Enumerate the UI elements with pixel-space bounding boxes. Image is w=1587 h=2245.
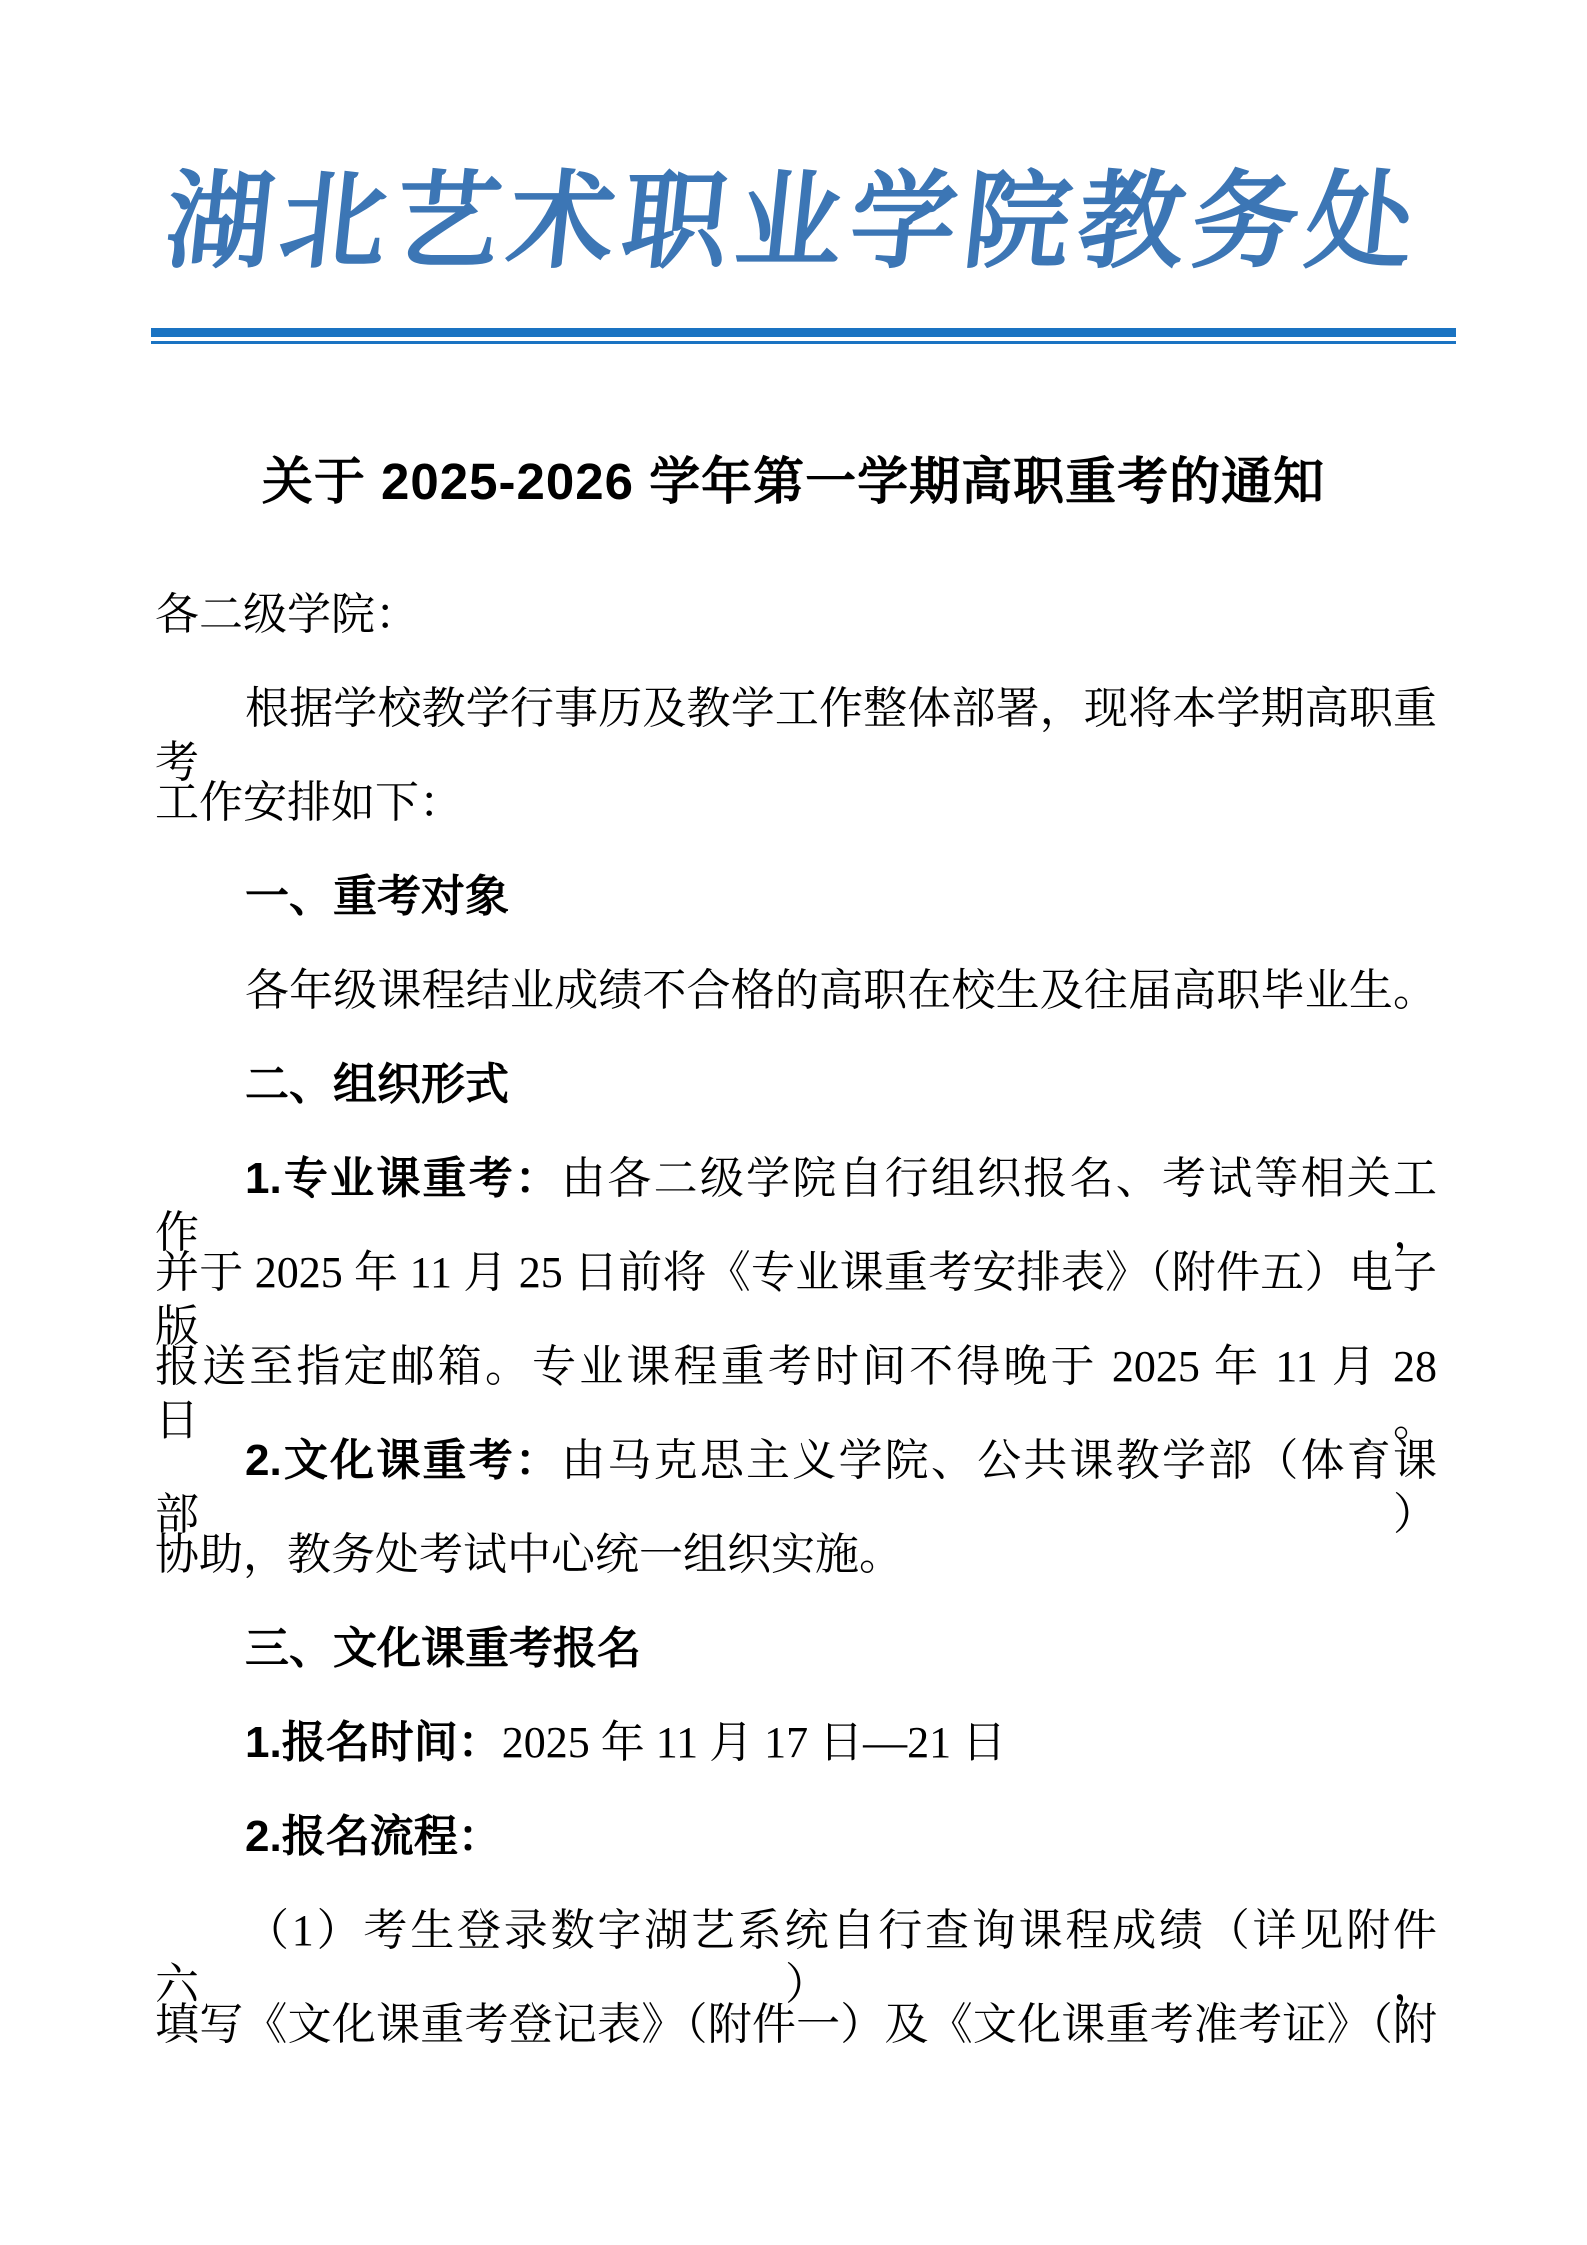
body-line: 1.专业课重考：由各二级学院自行组织报名、考试等相关工作， <box>155 1152 1437 1260</box>
bold-prefix: 1.报名时间： <box>245 1718 502 1767</box>
salutation-line: 各二级学院： <box>155 588 1437 642</box>
section-heading-2: 二、组织形式 <box>155 1058 1437 1112</box>
body-line: （1）考生登录数字湖艺系统自行查询课程成绩（详见附件六）， <box>155 1904 1437 2012</box>
body-line: 工作安排如下： <box>155 776 1437 830</box>
body-line: 各年级课程结业成绩不合格的高职在校生及往届高职毕业生。 <box>155 964 1437 1018</box>
bold-prefix: 1.专业课重考： <box>245 1154 561 1203</box>
body-line: 根据学校教学行事历及教学工作整体部署，现将本学期高职重考 <box>155 682 1437 790</box>
bold-prefix: 2.报名流程： <box>245 1812 502 1861</box>
body-line: 2.报名流程： <box>155 1810 1437 1864</box>
section-heading-3: 三、文化课重考报名 <box>155 1622 1437 1676</box>
bold-prefix: 2.文化课重考： <box>245 1436 561 1485</box>
body-line: 协助，教务处考试中心统一组织实施。 <box>155 1528 1437 1582</box>
body-line: 报送至指定邮箱。专业课程重考时间不得晚于 2025 年 11 月 28 日。 <box>155 1340 1437 1448</box>
document-page: 湖北艺术职业学院教务处 关于 2025-2026 学年第一学期高职重考的通知 各… <box>0 0 1587 2245</box>
section-heading-1: 一、重考对象 <box>155 870 1437 924</box>
line-text: 2025 年 11 月 17 日—21 日 <box>502 1718 1006 1767</box>
body-line: 填写《文化课重考登记表》（附件一）及《文化课重考准考证》（附 <box>155 1998 1437 2052</box>
body-line: 2.文化课重考：由马克思主义学院、公共课教学部（体育课部） <box>155 1434 1437 1542</box>
header-rule-thin <box>151 341 1456 344</box>
body-line: 1.报名时间：2025 年 11 月 17 日—21 日 <box>155 1716 1437 1770</box>
masthead-logo-text: 湖北艺术职业学院教务处 <box>0 128 1587 318</box>
header-rule-thick <box>151 328 1456 337</box>
body-line: 并于 2025 年 11 月 25 日前将《专业课重考安排表》（附件五）电子版 <box>155 1246 1437 1354</box>
notice-title: 关于 2025-2026 学年第一学期高职重考的通知 <box>0 440 1587 514</box>
